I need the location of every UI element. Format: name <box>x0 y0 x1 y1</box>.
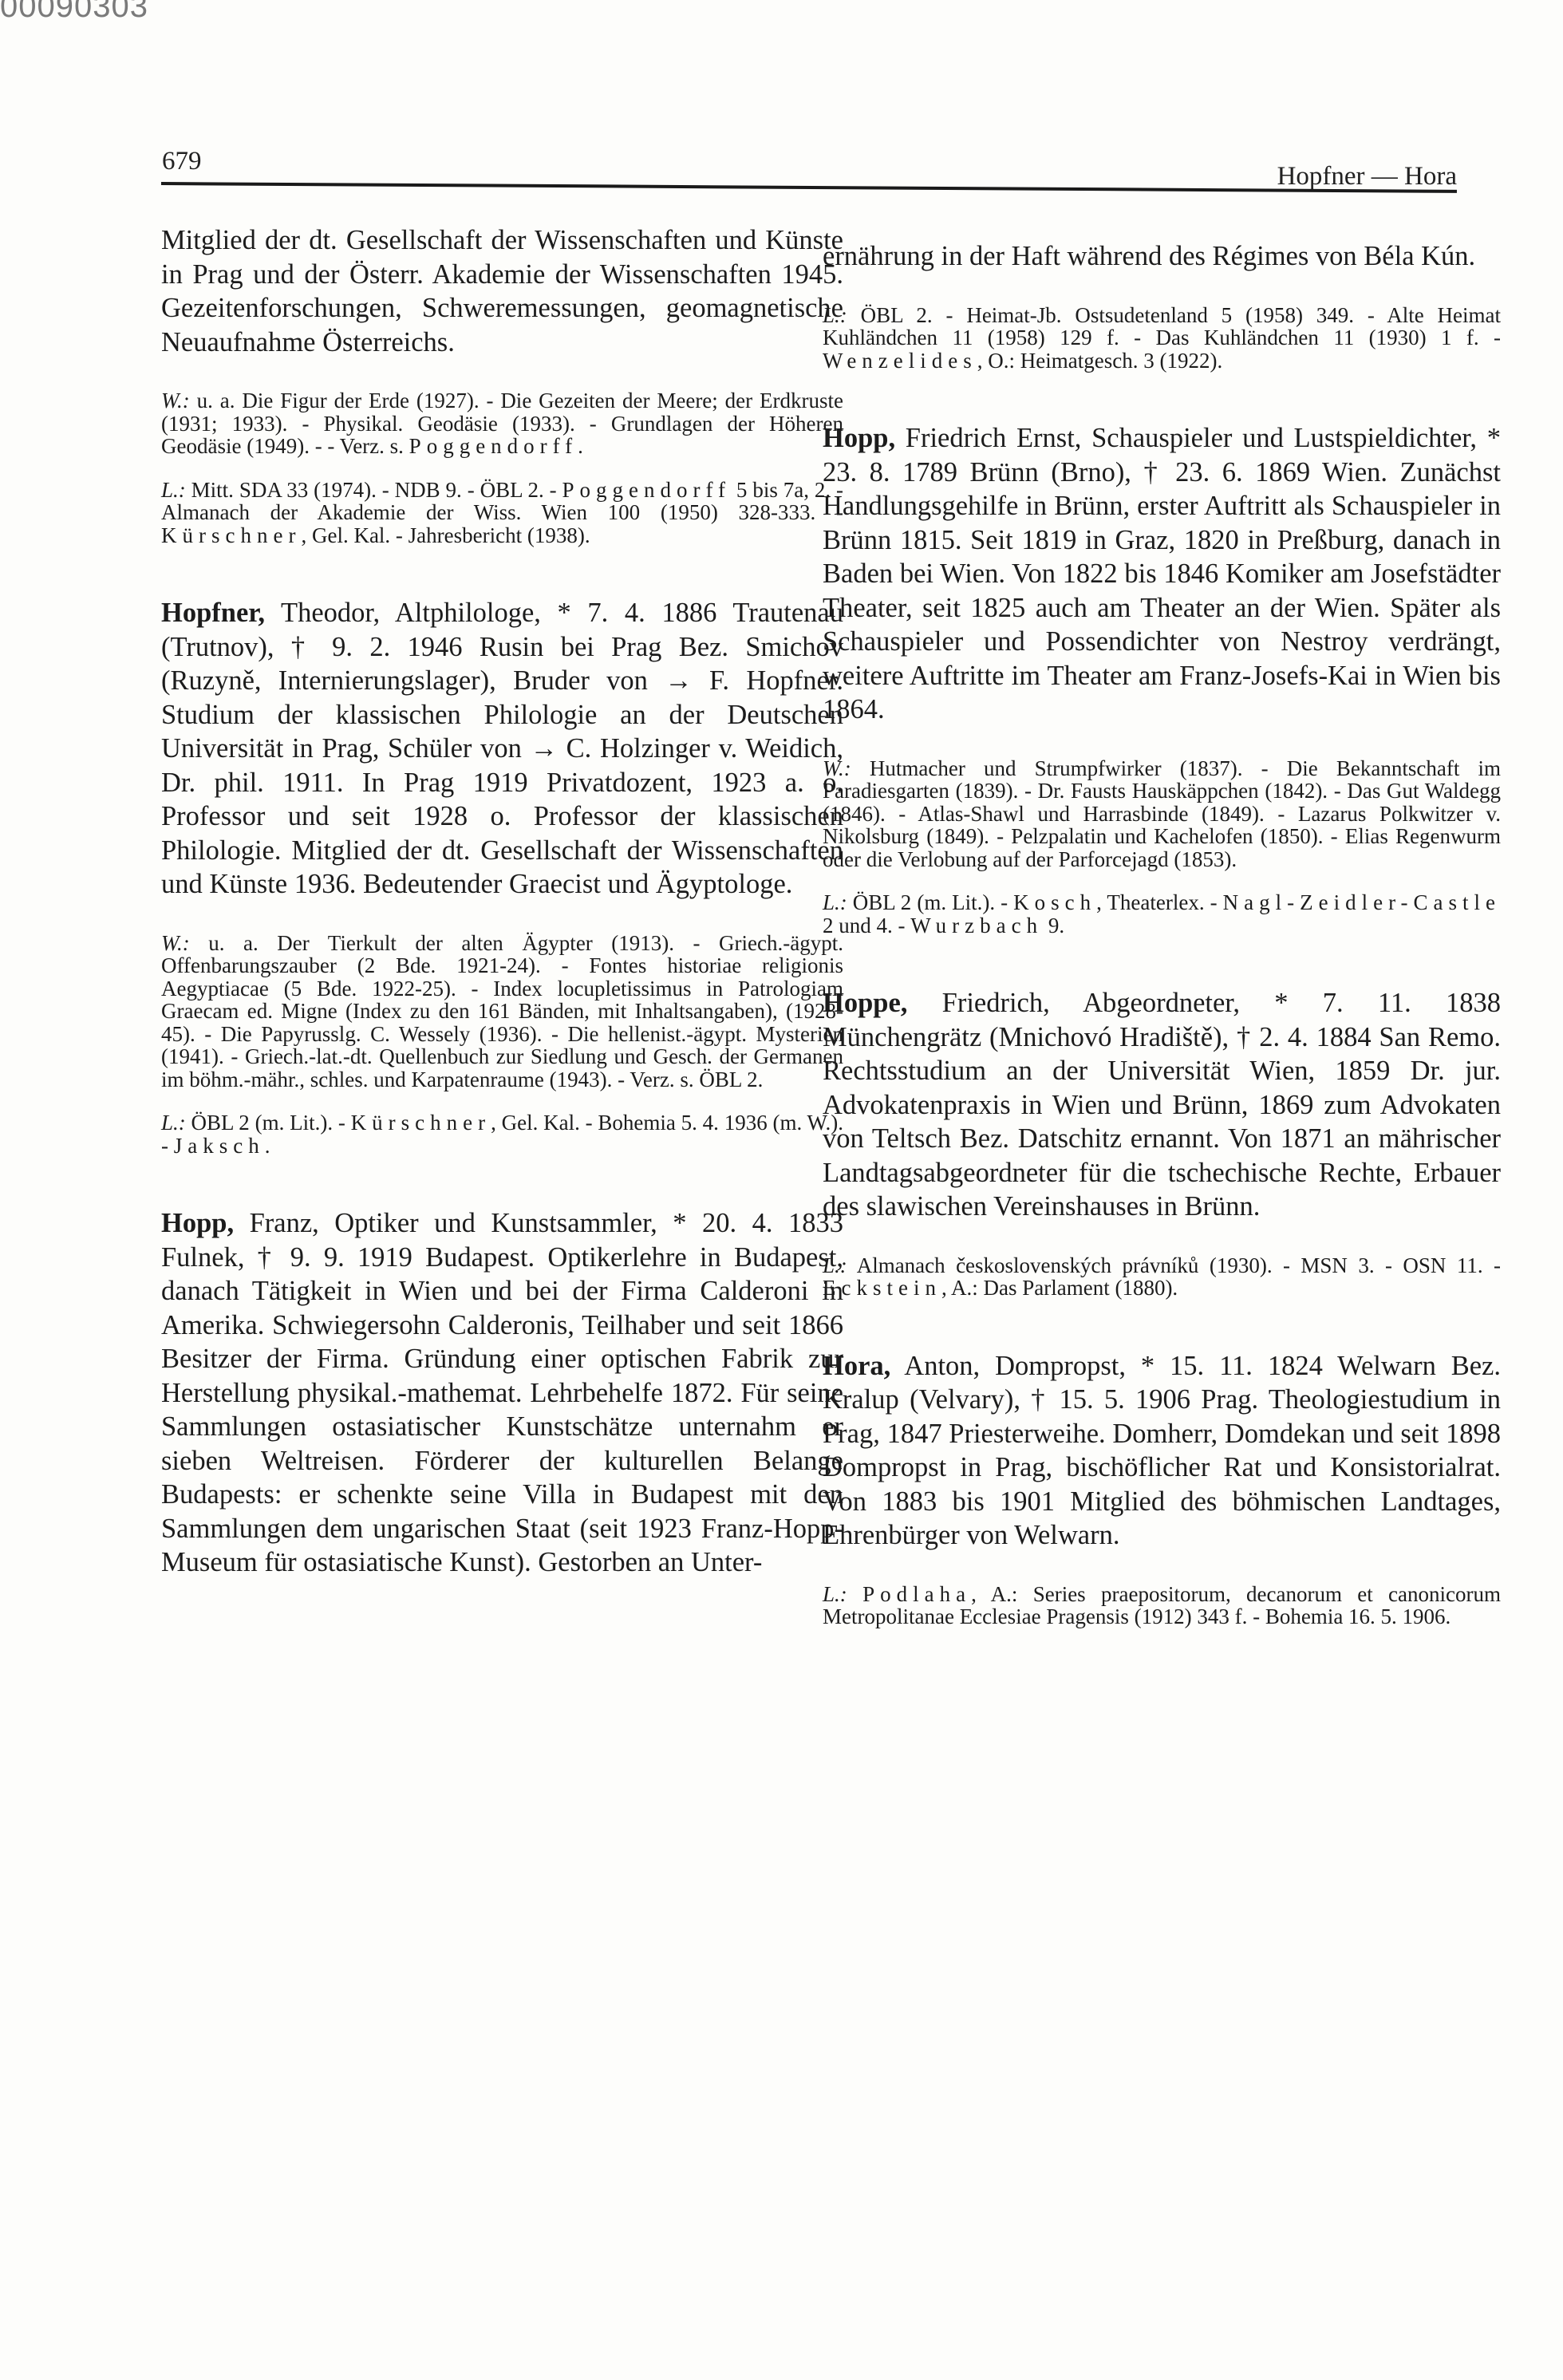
header-rule <box>161 182 1457 193</box>
page-number: 679 <box>162 147 202 176</box>
works-list: W.: u. a. Die Figur der Erde (1927). - D… <box>161 389 843 458</box>
scan-id-label: 00090303 <box>0 0 148 25</box>
entry-lemma: Hopp, <box>161 1208 234 1238</box>
literature-label: L.: <box>823 1582 847 1606</box>
literature-label: L.: <box>161 1111 186 1135</box>
works-list: W.: u. a. Der Tierkult der alten Ägypter… <box>161 932 843 1091</box>
entry-body: Hopp, Franz, Optiker und Kunstsammler, *… <box>161 1206 843 1580</box>
literature-label: L.: <box>823 890 847 914</box>
works-list: W.: Hutmacher und Strumpfwirker (1837). … <box>823 757 1501 871</box>
running-head: Hopfner — Hora <box>1277 162 1457 191</box>
left-column: Mitglied der dt. Gesellschaft der Wissen… <box>161 223 843 1580</box>
entry-body: Hora, Anton, Dompropst, * 15. 11. 1824 W… <box>823 1349 1501 1553</box>
entry-lemma: Hoppe, <box>823 988 907 1018</box>
entry-body: ernährung in der Haft während des Régime… <box>823 239 1501 274</box>
entry-body: Hopp, Friedrich Ernst, Schauspieler und … <box>823 421 1501 727</box>
works-label: W.: <box>161 389 190 412</box>
entry-continuation-hopp-franz: ernährung in der Haft während des Régime… <box>823 239 1501 372</box>
entry-lemma: Hopfner, <box>161 598 265 628</box>
right-column: ernährung in der Haft während des Régime… <box>823 239 1501 1628</box>
works-label: W.: <box>161 931 190 955</box>
literature-label: L.: <box>823 303 847 327</box>
entry-hora-anton: Hora, Anton, Dompropst, * 15. 11. 1824 W… <box>823 1349 1501 1628</box>
entry-body: Hopfner, Theodor, Altphilologe, * 7. 4. … <box>161 596 843 902</box>
literature-list: L.: ÖBL 2 (m. Lit.). - Kosch, Theaterlex… <box>823 891 1501 937</box>
literature-list: L.: Almanach československých právníků (… <box>823 1254 1501 1300</box>
entry-continuation-hopfner-f: Mitglied der dt. Gesellschaft der Wissen… <box>161 223 843 547</box>
literature-list: L.: ÖBL 2 (m. Lit.). - Kürschner, Gel. K… <box>161 1111 843 1157</box>
entry-hoppe-friedrich: Hoppe, Friedrich, Abgeordneter, * 7. 11.… <box>823 986 1501 1300</box>
literature-list: L.: Mitt. SDA 33 (1974). - NDB 9. - ÖBL … <box>161 479 843 547</box>
literature-list: L.: Podlaha, A.: Series praepositorum, d… <box>823 1583 1501 1628</box>
literature-label: L.: <box>161 478 186 502</box>
entry-body: Hoppe, Friedrich, Abgeordneter, * 7. 11.… <box>823 986 1501 1224</box>
literature-list: L.: ÖBL 2. - Heimat-Jb. Ostsudetenland 5… <box>823 304 1501 373</box>
entry-lemma: Hora, <box>823 1351 890 1381</box>
literature-label: L.: <box>823 1253 847 1277</box>
entry-lemma: Hopp, <box>823 423 895 453</box>
entry-hopp-friedrich: Hopp, Friedrich Ernst, Schauspieler und … <box>823 421 1501 937</box>
works-label: W.: <box>823 756 851 780</box>
entry-hopp-franz: Hopp, Franz, Optiker und Kunstsammler, *… <box>161 1206 843 1580</box>
entry-body: Mitglied der dt. Gesellschaft der Wissen… <box>161 223 843 359</box>
entry-hopfner-theodor: Hopfner, Theodor, Altphilologe, * 7. 4. … <box>161 596 843 1157</box>
